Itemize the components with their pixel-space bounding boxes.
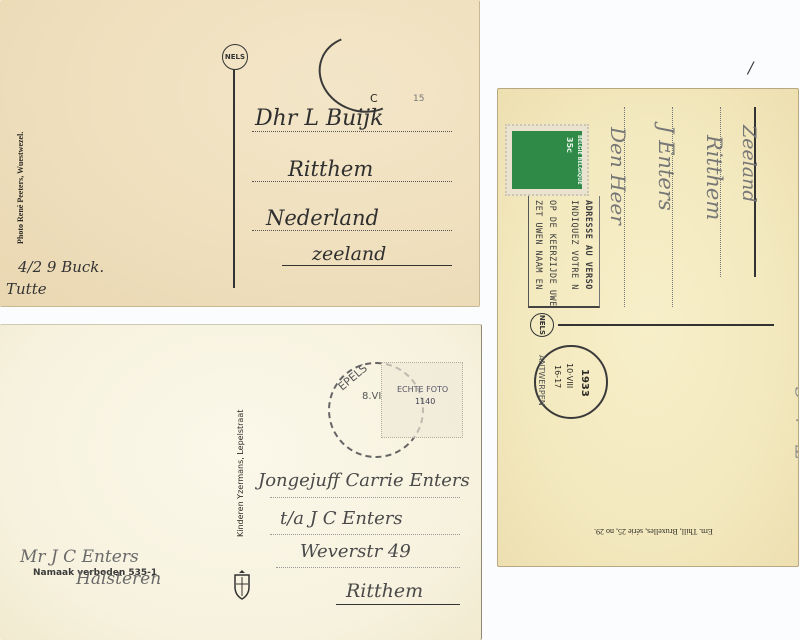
address-street: Weverstr 49	[300, 541, 411, 562]
stray-pen-mark: /	[748, 58, 753, 77]
signature: Tante Suzan	[792, 340, 799, 459]
slogan-line-1: ZET UWEN NAAM EN	[533, 200, 543, 290]
address-line-1	[270, 497, 460, 498]
address-province: zeeland	[312, 243, 386, 265]
postmark-date: 8.VI	[362, 391, 381, 402]
address-province: Zeeland	[738, 125, 760, 203]
margin-note-2: Tutte	[6, 280, 47, 298]
address-salutation: Den Heer	[606, 127, 630, 225]
nels-logo-icon: NELS	[222, 44, 248, 70]
postage-stamp: 35c BELGIË BELGIQUE	[505, 124, 589, 196]
publisher-credit: Ern. Thill, Bruxelles, série 25, no 29.	[594, 527, 713, 536]
slogan-line-4: ADRESSE AU VERSO	[583, 200, 593, 290]
divider-line	[558, 324, 774, 326]
postmark-date: 15	[413, 94, 424, 104]
address-line-1	[252, 131, 452, 132]
publisher-credit: Photo René Peeters, Wuestwezel.	[16, 132, 25, 244]
address-line-2	[270, 534, 460, 535]
address-line-2	[252, 181, 452, 182]
photo-label-title: ECHTE FOTO	[397, 385, 448, 394]
publisher-credit: Kinderen Yzermans, Lepelstraat	[236, 410, 245, 537]
address-country: Nederland	[266, 206, 379, 230]
nels-logo-icon: NELS	[530, 313, 554, 337]
slogan-cancel: ZET UWEN NAAM EN OP DE KEERZIJDE UWE IND…	[528, 196, 600, 308]
address-city: Ritthem	[702, 135, 726, 220]
address-line-4	[282, 265, 452, 266]
slogan-line-2: OP DE KEERZIJDE UWE	[547, 200, 557, 307]
sender-city: Halsteren	[76, 569, 161, 589]
crest-logo-icon	[231, 569, 253, 601]
photo-label: ECHTE FOTO 1140	[381, 362, 463, 438]
photo-label-number: 1140	[415, 397, 435, 406]
slogan-line-3: INDIQUEZ VOTRE N	[569, 200, 579, 290]
postcard-top-left: Photo René Peeters, Wuestwezel. NELS C 1…	[0, 0, 480, 307]
postmark-date: 10·VIII	[565, 363, 574, 388]
stamp-value: 35c	[565, 137, 574, 153]
address-name: Jongejuff Carrie Enters	[258, 470, 470, 491]
stamp-country: BELGIË BELGIQUE	[576, 135, 582, 185]
address-line-3	[276, 567, 460, 568]
postmark-time: 16-17	[553, 365, 562, 388]
divider-line	[233, 70, 235, 288]
postmark-text: C	[370, 92, 378, 105]
address-careof: t/a J C Enters	[280, 508, 403, 529]
margin-note-1: 4/2 9 Buck.	[18, 258, 104, 276]
address-line-3	[252, 230, 452, 231]
address-city: Ritthem	[288, 157, 373, 181]
address-name: J Enters	[654, 125, 678, 211]
sender-name: Mr J C Enters	[20, 547, 139, 567]
address-line-4	[336, 604, 460, 605]
postmark-year: 1933	[579, 369, 590, 397]
postmark-city: ANTWERPEN	[537, 355, 546, 406]
address-name: Dhr L Buijk	[255, 106, 383, 131]
address-city: Ritthem	[346, 580, 423, 602]
stamp-face: 35c BELGIË BELGIQUE	[512, 131, 582, 189]
postcard-bottom-left: Kinderen Yzermans, Lepelstraat Namaak ve…	[0, 324, 482, 640]
